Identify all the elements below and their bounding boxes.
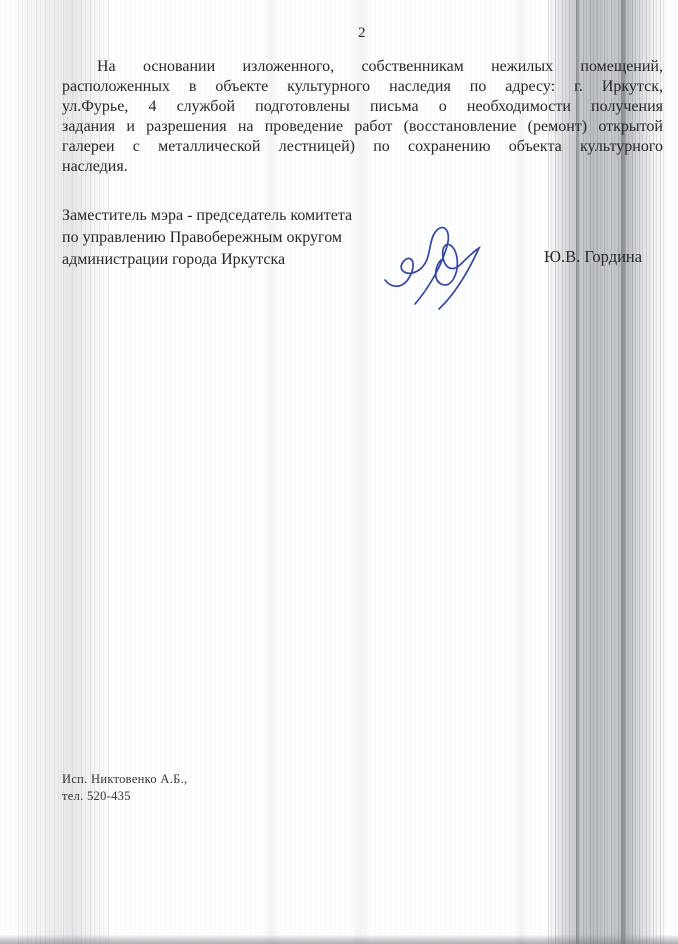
signer-position-line: администрации города Иркутска <box>62 249 402 271</box>
handwritten-signature-icon <box>375 212 500 312</box>
page-number: 2 <box>358 25 366 42</box>
signature-title-block: Заместитель мэра - председатель комитета… <box>62 205 402 271</box>
scanned-document-page: 2 На основании изложенного, собственника… <box>0 0 678 944</box>
scan-edge-band-bottom <box>0 935 678 944</box>
paragraph-line: расположенных в объекте культурного насл… <box>62 77 663 97</box>
executor-name-line: Исп. Никтовенко А.Б., <box>62 771 187 788</box>
paragraph-line: задания и разрешения на проведение работ… <box>62 117 663 137</box>
signer-position-line: по управлению Правобережным округом <box>62 227 402 249</box>
paragraph-line: На основании изложенного, собственникам … <box>62 57 663 77</box>
paragraph-line: ул.Фурье, 4 службой подготовлены письма … <box>62 97 663 117</box>
signer-position-line: Заместитель мэра - председатель комитета <box>62 205 402 227</box>
executor-phone-line: тел. 520-435 <box>62 788 187 805</box>
signer-name: Ю.В. Гордина <box>544 247 642 267</box>
body-paragraph: На основании изложенного, собственникам … <box>62 57 663 177</box>
paragraph-line: наследия. <box>62 157 663 177</box>
signature-stroke <box>385 228 448 304</box>
paragraph-line: галереи с металлической лестницей) по со… <box>62 137 663 157</box>
signature-stroke <box>436 244 479 309</box>
executor-footer: Исп. Никтовенко А.Б., тел. 520-435 <box>62 771 187 804</box>
